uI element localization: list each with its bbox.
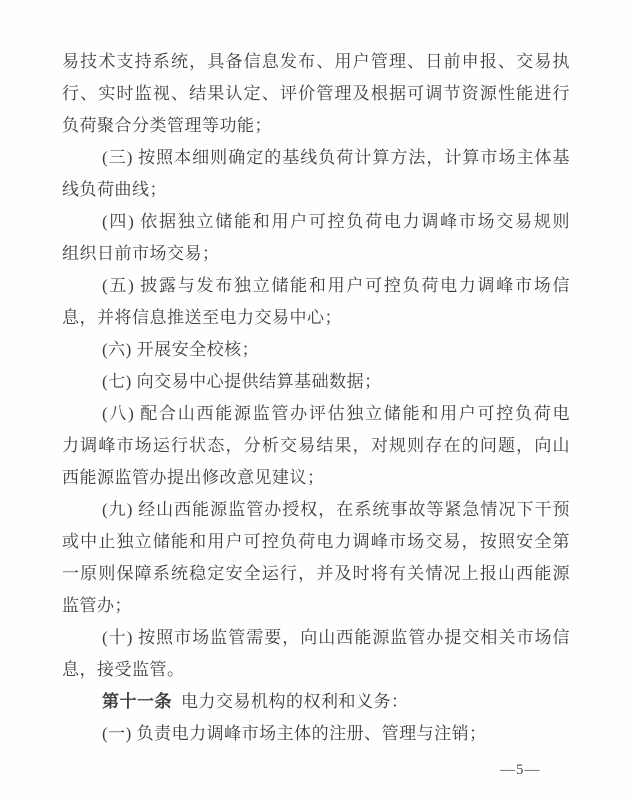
text-line: 监管办； — [62, 590, 570, 622]
text-line: 易技术支持系统，具备信息发布、用户管理、日前申报、交易执 — [62, 46, 570, 78]
text-line: 息，并将信息推送至电力交易中心； — [62, 302, 570, 334]
text-line: 线负荷曲线； — [62, 174, 570, 206]
text-line: (一) 负责电力调峰市场主体的注册、管理与注销； — [62, 718, 570, 750]
text-line: (六) 开展安全校核； — [62, 334, 570, 366]
text-line: (四) 依据独立储能和用户可控负荷电力调峰市场交易规则 — [62, 206, 570, 238]
text-line: 一原则保障系统稳定安全运行，并及时将有关情况上报山西能源 — [62, 558, 570, 590]
text-line: 西能源监管办提出修改意见建议； — [62, 462, 570, 494]
text-line: (九) 经山西能源监管办授权，在系统事故等紧急情况下干预 — [62, 494, 570, 526]
document-body: 易技术支持系统，具备信息发布、用户管理、日前申报、交易执行、实时监视、结果认定、… — [62, 46, 570, 750]
article-heading-rest: 电力交易机构的权利和义务： — [181, 692, 409, 711]
text-line: (十) 按照市场监管需要，向山西能源监管办提交相关市场信 — [62, 622, 570, 654]
text-line: 负荷聚合分类管理等功能； — [62, 110, 570, 142]
text-line: (五) 披露与发布独立储能和用户可控负荷电力调峰市场信 — [62, 270, 570, 302]
text-line: (八) 配合山西能源监管办评估独立储能和用户可控负荷电 — [62, 398, 570, 430]
text-line: 组织日前市场交易； — [62, 238, 570, 270]
article-heading: 第十一条 — [102, 692, 172, 711]
document-page: 易技术支持系统，具备信息发布、用户管理、日前申报、交易执行、实时监视、结果认定、… — [0, 0, 631, 800]
text-line: (七) 向交易中心提供结算基础数据； — [62, 366, 570, 398]
page-number: —5— — [500, 762, 570, 779]
text-line: 行、实时监视、结果认定、评价管理及根据可调节资源性能进行 — [62, 78, 570, 110]
text-line: 息，接受监管。 — [62, 654, 570, 686]
text-line: (三) 按照本细则确定的基线负荷计算方法，计算市场主体基 — [62, 142, 570, 174]
text-line: 或中止独立储能和用户可控负荷电力调峰市场交易，按照安全第 — [62, 526, 570, 558]
text-line: 力调峰市场运行状态，分析交易结果，对规则存在的问题，向山 — [62, 430, 570, 462]
text-line: 第十一条电力交易机构的权利和义务： — [62, 686, 570, 718]
